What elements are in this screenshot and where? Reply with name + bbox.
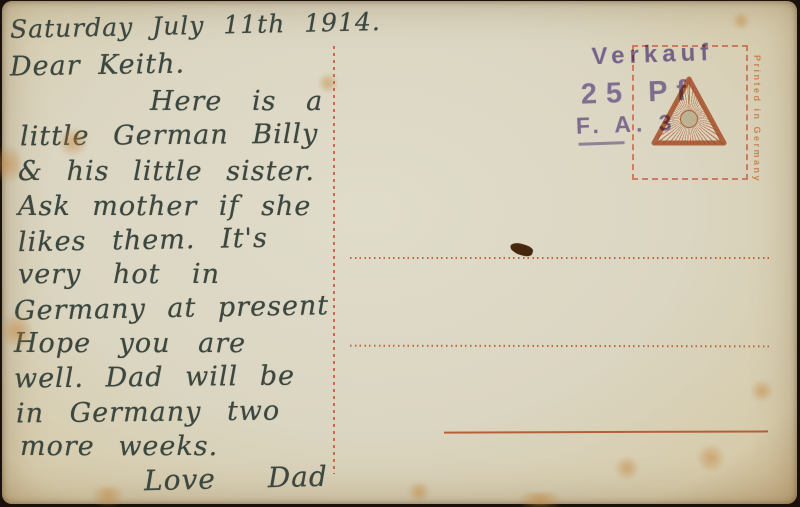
- stain: [750, 381, 774, 401]
- stain: [58, 127, 88, 157]
- message-line: Love Dad: [144, 460, 329, 497]
- message-line: & his little sister.: [18, 156, 315, 187]
- postcard-back: Saturday July 11th 1914. Dear Keith. Her…: [2, 1, 797, 504]
- stain: [696, 445, 726, 471]
- stain: [318, 73, 338, 93]
- stain: [732, 13, 750, 29]
- triangle-sunburst-stamp-icon: [650, 75, 728, 147]
- message-line: in Germany two: [16, 396, 281, 430]
- stain: [614, 457, 640, 479]
- price-stamp-line: Verkauf: [591, 39, 714, 71]
- message-line: Hope you are: [14, 328, 246, 359]
- address-line: [444, 430, 768, 433]
- stain: [406, 483, 432, 501]
- address-line: [350, 345, 770, 348]
- message-line: Ask mother if she: [18, 191, 311, 222]
- triangle-outline: [650, 75, 728, 147]
- message-line: very hot in: [18, 259, 220, 290]
- message-line: Dear Keith.: [10, 48, 186, 82]
- stain: [0, 141, 20, 187]
- message-line: well. Dad will be: [14, 361, 295, 395]
- message-line: more weeks.: [20, 431, 218, 462]
- message-line: Saturday July 11th 1914.: [10, 7, 381, 44]
- printed-in-germany-label: Printed in Germany: [752, 55, 762, 205]
- ink-blot: [509, 241, 534, 259]
- message-line: Here is a: [150, 86, 323, 117]
- price-stamp-underline: [579, 141, 625, 146]
- stain: [2, 313, 32, 349]
- message-line: Germany at present: [14, 290, 330, 326]
- stain: [88, 487, 128, 505]
- message-line: likes them. It's: [18, 223, 268, 258]
- center-divider-line: [333, 46, 335, 474]
- stain: [510, 493, 570, 507]
- address-line: [350, 257, 770, 259]
